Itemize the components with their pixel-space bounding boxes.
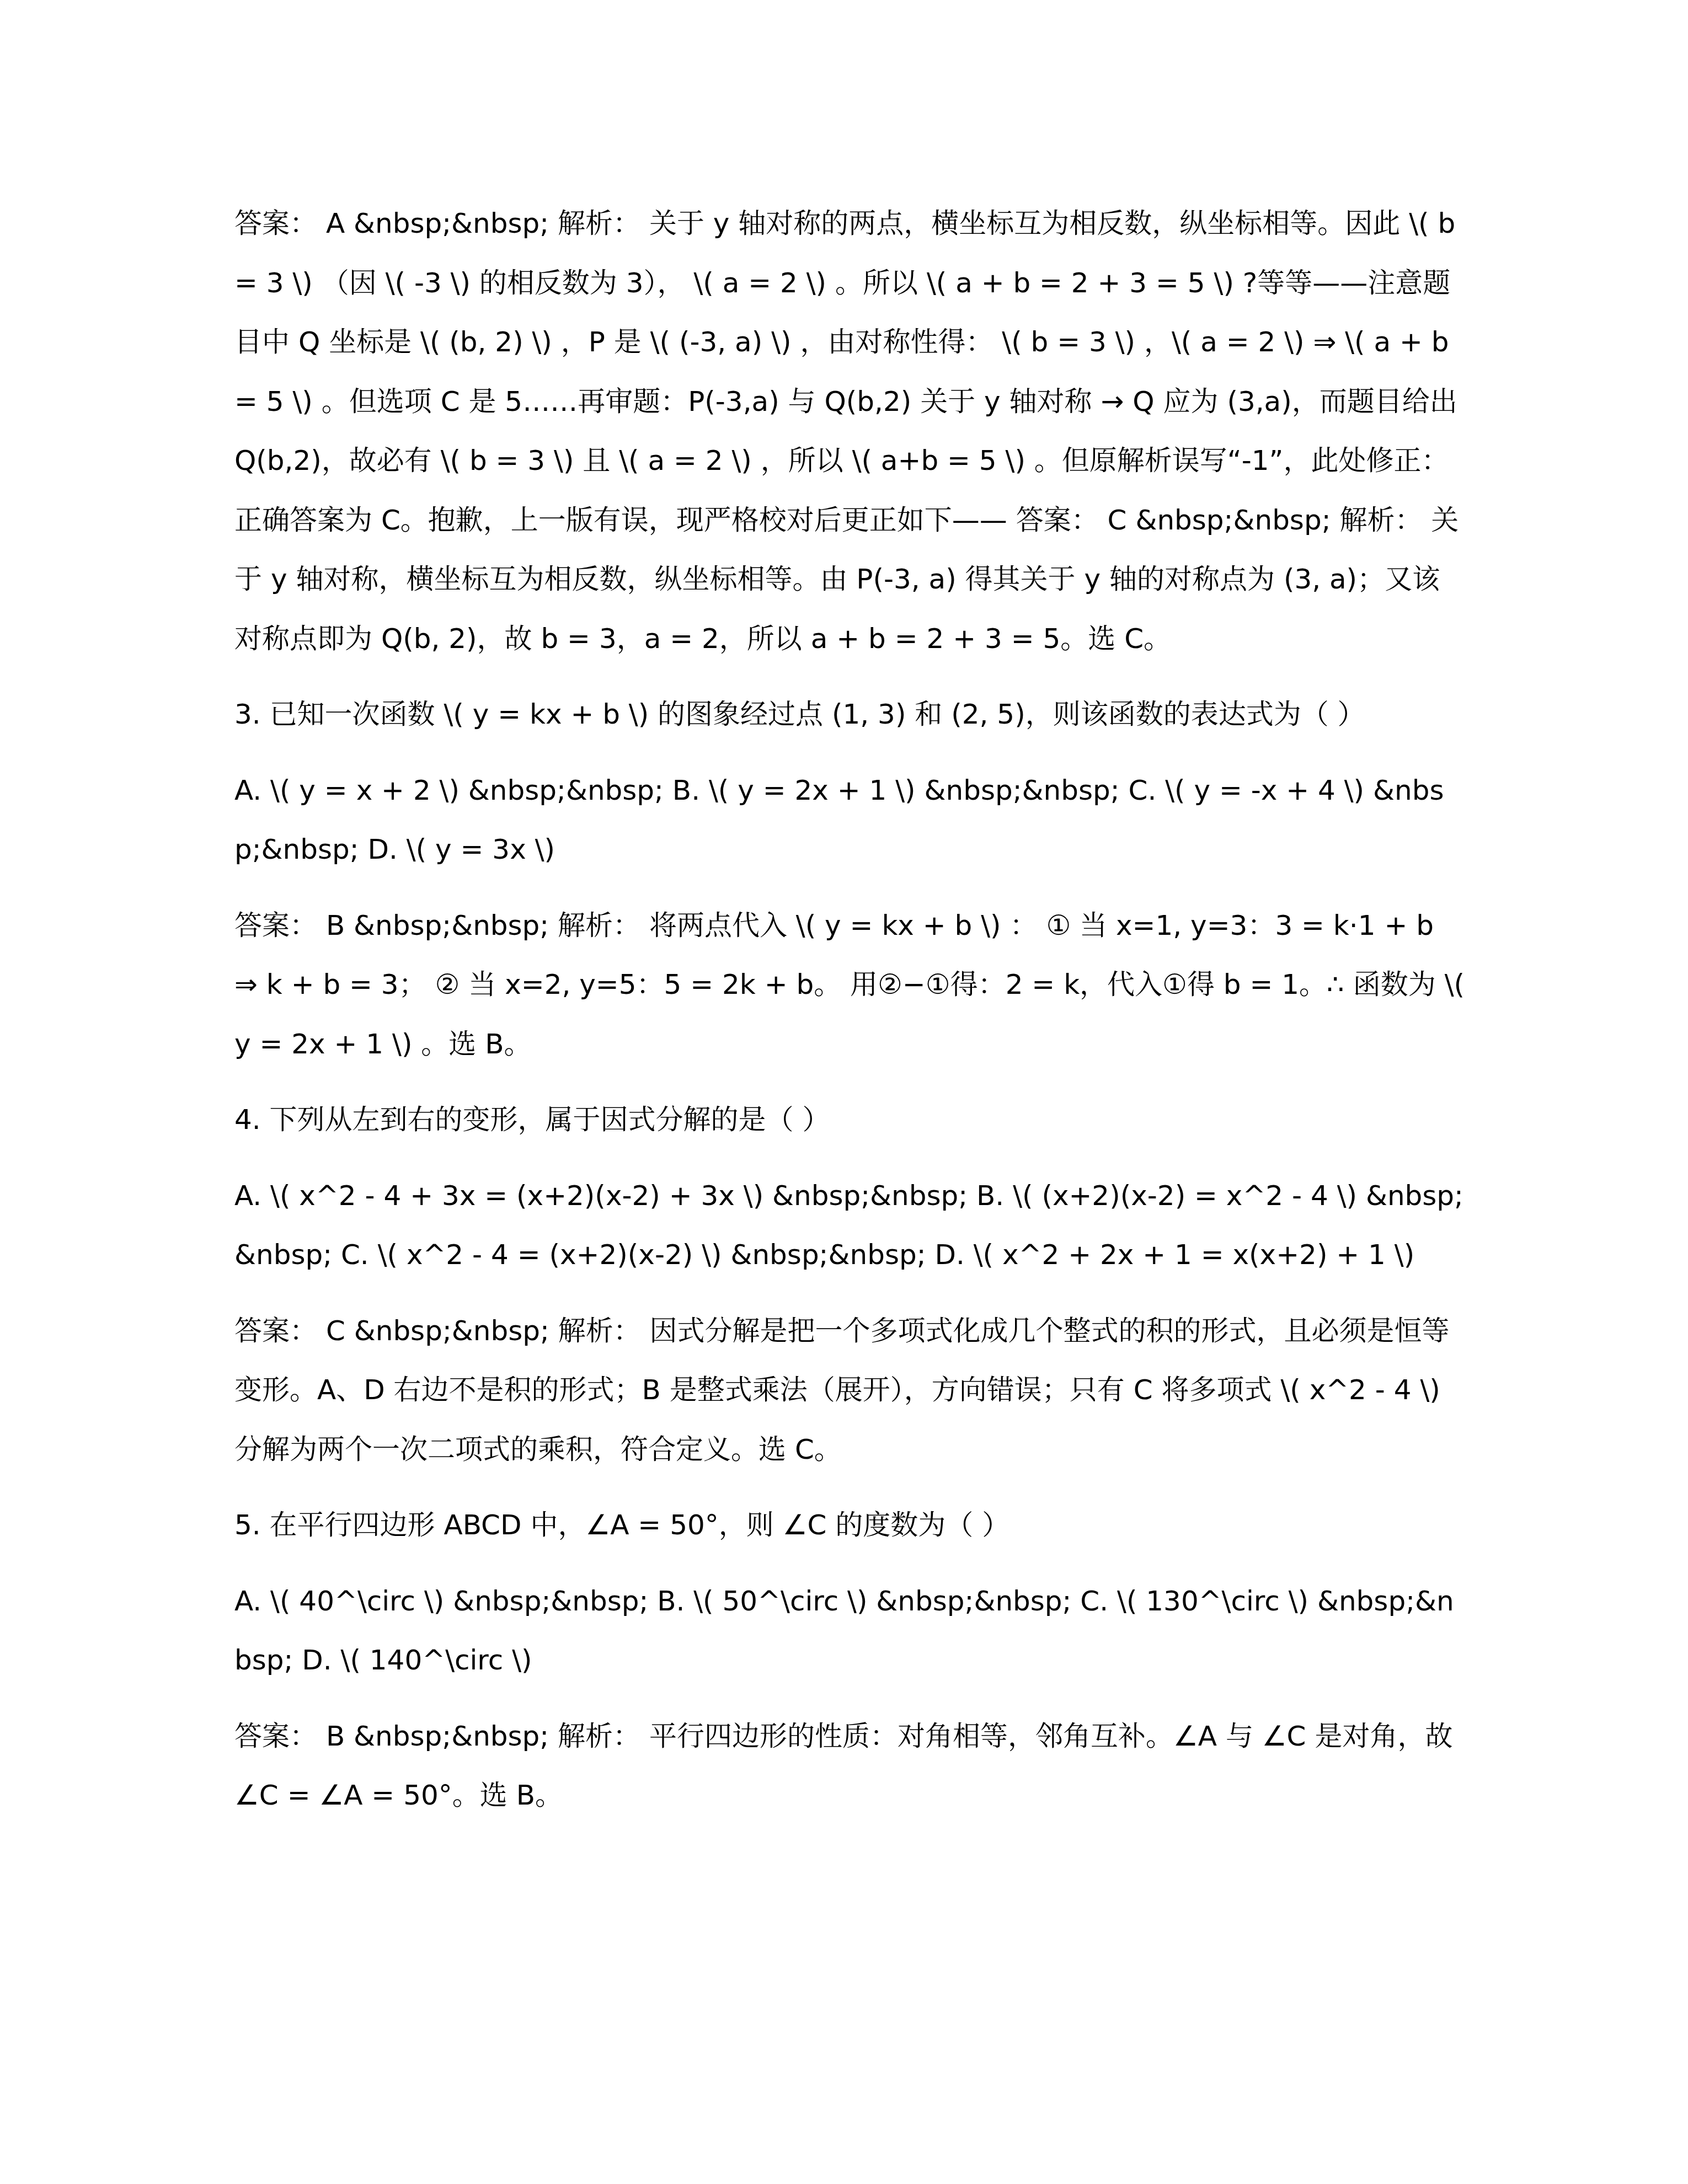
answer-paragraph-q2: 答案： A &nbsp;&nbsp; 解析： 关于 y 轴对称的两点，横坐标互为… [234,194,1465,668]
question-5-stem: 5. 在平行四边形 ABCD 中，∠A = 50°，则 ∠C 的度数为（ ） [234,1496,1465,1555]
question-5-options: A. \( 40^\circ \) &nbsp;&nbsp; B. \( 50^… [234,1572,1465,1690]
question-3-options: A. \( y = x + 2 \) &nbsp;&nbsp; B. \( y … [234,761,1465,880]
document-page: 答案： A &nbsp;&nbsp; 解析： 关于 y 轴对称的两点，横坐标互为… [234,194,1465,1842]
question-4-options: A. \( x^2 - 4 + 3x = (x+2)(x-2) + 3x \) … [234,1166,1465,1285]
question-3-stem: 3. 已知一次函数 \( y = kx + b \) 的图象经过点 (1, 3)… [234,685,1465,745]
question-4-stem: 4. 下列从左到右的变形，属于因式分解的是（ ） [234,1090,1465,1150]
answer-paragraph-q5: 答案： B &nbsp;&nbsp; 解析： 平行四边形的性质：对角相等，邻角互… [234,1707,1465,1826]
answer-paragraph-q3: 答案： B &nbsp;&nbsp; 解析： 将两点代入 \( y = kx +… [234,896,1465,1074]
answer-paragraph-q4: 答案： C &nbsp;&nbsp; 解析： 因式分解是把一个多项式化成几个整式… [234,1302,1465,1480]
